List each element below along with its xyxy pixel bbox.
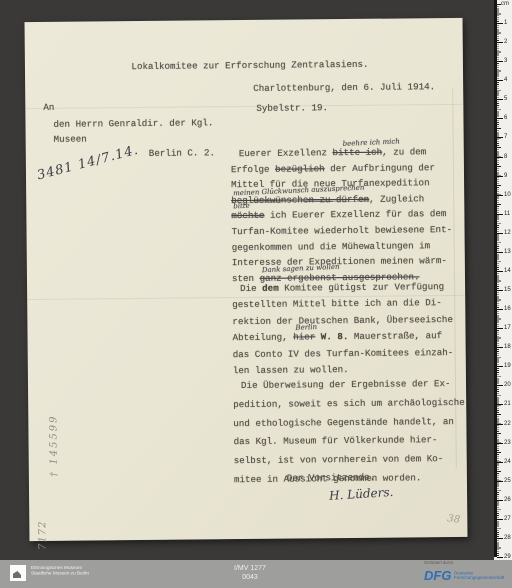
- ruler-unit-label: cm: [501, 1, 509, 7]
- struck-text: bezüglich: [275, 163, 325, 174]
- typed-line: Die Überweisung der Ergebnisse der Ex-: [233, 375, 473, 396]
- pencil-inventory-number: † 145599: [48, 414, 60, 476]
- ruler-cm-label: 12: [504, 230, 512, 236]
- typed-line: pedition, soweit es sich um archäologisc…: [233, 394, 473, 415]
- ruler-cm-tick: [497, 80, 504, 81]
- ruler-cm-label: 23: [504, 440, 512, 446]
- ruler-cm-tick: [497, 557, 504, 558]
- ruler-cm-label: 27: [504, 516, 512, 522]
- ruler-cm-tick: [497, 233, 504, 234]
- typed-text: len lassen zu wollen.: [233, 364, 349, 376]
- ruler-cm-tick: [497, 443, 504, 444]
- typed-text: , Zugleich: [369, 193, 424, 205]
- ruler-cm-label: 20: [504, 382, 512, 388]
- ruler-cm-tick: [497, 271, 504, 272]
- ruler-cm-tick: [497, 500, 504, 501]
- ruler-cm-tick: [497, 424, 504, 425]
- ruler-cm-label: 8: [504, 154, 512, 160]
- handwritten-insertion: bitte: [233, 202, 250, 211]
- ruler-cm-label: 14: [504, 268, 512, 274]
- ruler-cm-label: 26: [504, 497, 512, 503]
- pencil-inventory-number: 7172: [37, 520, 48, 550]
- ruler-cm-tick: [497, 538, 504, 539]
- ruler-cm-tick: [497, 61, 504, 62]
- body-paragraph-2: Die dem Komitee gütigst zur Verfügungges…: [232, 279, 473, 380]
- body-paragraph-1: Euerer Exzellenz bitte ichbeehre ich mic…: [231, 144, 472, 287]
- typed-line: Turfan-Komitee wiederholt bewiesene Ent-: [231, 222, 471, 240]
- ruler-cm-tick: [497, 176, 504, 177]
- ruler: cm 1234567891011121314151617181920212223…: [494, 0, 512, 560]
- typed-text: , zu dem: [382, 146, 426, 157]
- letterhead-committee: Lokalkomitee zur Erforschung Zentralasie…: [105, 59, 395, 73]
- smb-logo-icon: [10, 565, 26, 581]
- ruler-cm-label: 17: [504, 325, 512, 331]
- ruler-cm-label: 4: [504, 77, 512, 83]
- ruler-cm-tick: [497, 309, 504, 310]
- ruler-cm-label: 15: [504, 287, 512, 293]
- typed-text: das Kgl. Museum für Völkerkunde hier-: [234, 435, 438, 448]
- typed-text: ich Euerer Exzellenz für das dem: [264, 208, 446, 221]
- fold-line: [25, 104, 463, 110]
- ruler-cm-tick: [497, 42, 504, 43]
- handwritten-registry-number: 3481 14/7.14.: [36, 143, 141, 184]
- institution-line2: Staatliche Museen zu Berlin: [31, 571, 89, 576]
- ruler-cm-tick: [497, 23, 504, 24]
- ruler-cm-label: 28: [504, 535, 512, 541]
- typed-text: gegenkommen und die Mühewaltungen im: [232, 240, 431, 253]
- ruler-cm-tick: [497, 366, 504, 367]
- typed-text: dem: [262, 283, 279, 294]
- ruler-cm-tick: [497, 290, 504, 291]
- ruler-cm-label: 2: [504, 39, 512, 45]
- ruler-cm-label: 10: [504, 192, 512, 198]
- ruler-cm-tick: [497, 328, 504, 329]
- typed-text: Euerer Exzellenz: [239, 147, 333, 159]
- dateline: Charlottenburg, den 6. Juli 1914.: [253, 81, 435, 94]
- typed-text: Abteilung,: [233, 332, 294, 344]
- typed-text: das Conto IV des Turfan-Komitees einzah-: [233, 347, 454, 360]
- typed-text: Komitee gütigst zur Verfügung: [279, 281, 445, 294]
- ruler-cm-label: 6: [504, 115, 512, 121]
- ruler-cm-label: 24: [504, 459, 512, 465]
- shelfmark: I/MV 1277: [180, 564, 320, 573]
- ruler-cm-label: 16: [504, 306, 512, 312]
- typed-line: gestellten Mittel bitte ich an die Di-: [232, 295, 472, 314]
- ruler-cm-label: 13: [504, 249, 512, 255]
- ruler-cm-tick: [497, 99, 504, 100]
- ruler-cm-tick: [497, 481, 504, 482]
- closing-line: Der Vorsitzende.: [287, 472, 375, 484]
- typed-text: gestellten Mittel bitte ich an die Di-: [232, 298, 442, 311]
- ruler-cm-label: 7: [504, 134, 512, 140]
- dfg-logo: DFG: [424, 568, 451, 583]
- funder-name: Deutsche Forschungsgemeinschaft: [454, 571, 504, 580]
- signature-lueders: H. Lüders.: [329, 485, 394, 503]
- ruler-cm-label: 19: [504, 363, 512, 369]
- funder-name-line1: Deutsche: [454, 571, 504, 576]
- ruler-cm-tick: [497, 195, 504, 196]
- ruler-cm-label: 1: [504, 20, 512, 26]
- typed-line: Erfolge bezüglich der Aufbringung der: [231, 159, 471, 177]
- address-line: den Herrn Genraldir. der Kgl.: [53, 117, 213, 130]
- ruler-cm-label: 3: [504, 58, 512, 64]
- funder-name-line2: Forschungsgemeinschaft: [454, 576, 504, 581]
- funding-block: Gefördert durch DFG Deutsche Forschungsg…: [424, 561, 512, 583]
- institution-label: Ethnologisches Museum Staatliche Museen …: [31, 566, 89, 577]
- ruler-cm-label: 11: [504, 211, 512, 217]
- ruler-cm-label: 9: [504, 173, 512, 179]
- typed-text: der Aufbringung der: [325, 162, 435, 174]
- ruler-cm-label: 5: [504, 96, 512, 102]
- typed-text: pedition, soweit es sich um archäologisc…: [233, 397, 465, 410]
- typed-text: rektion der Deutschen Bank, Überseeische: [232, 314, 453, 327]
- ruler-cm-label: 21: [504, 401, 512, 407]
- typed-text: Mauerstraße, auf: [348, 330, 442, 342]
- typed-line: selbst, ist von vornherein von dem Ko-: [234, 450, 474, 471]
- typed-text: Die: [240, 283, 262, 294]
- ruler-cm-tick: [497, 404, 504, 405]
- image-number: 0043: [180, 573, 320, 582]
- ruler-cm-tick: [497, 214, 504, 215]
- ruler-cm-tick: [497, 157, 504, 158]
- scan-backdrop: Lokalkomitee zur Erforschung Zentralasie…: [0, 0, 512, 588]
- address-line: Museen: [54, 134, 87, 145]
- ruler-cm-label: 18: [504, 344, 512, 350]
- typed-line: das Conto IV des Turfan-Komitees einzah-: [233, 344, 473, 363]
- letter-page: Lokalkomitee zur Erforschung Zentralasie…: [25, 18, 468, 541]
- ruler-cm-tick: [497, 137, 504, 138]
- funding-note: Gefördert durch: [424, 561, 492, 565]
- typed-text: Turfan-Komitee wiederholt bewiesene Ent-: [231, 224, 452, 237]
- typed-text: Die Überweisung der Ergebnisse der Ex-: [241, 378, 451, 391]
- typed-text: und ethologische Gegenstände handelt, an: [233, 416, 454, 429]
- footer-bar: Ethnologisches Museum Staatliche Museen …: [0, 560, 512, 588]
- typed-text: W. 8.: [321, 331, 349, 342]
- ruler-cm-tick: [497, 519, 504, 520]
- street-line: Sybelstr. 19.: [256, 102, 328, 114]
- struck-text: bitte ichbeehre ich mich: [332, 147, 382, 158]
- ruler-cm-label: 22: [504, 421, 512, 427]
- smb-logo-mark-icon: [13, 571, 21, 578]
- pencil-page-number: 38: [447, 513, 461, 526]
- shelfmark-block: I/MV 1277 0043: [180, 564, 320, 582]
- typed-text: selbst, ist von vornherein von dem Ko-: [234, 453, 444, 466]
- ruler-cm-tick: [497, 118, 504, 119]
- ruler-half-cm-ticks: [497, 4, 501, 557]
- ruler-cm-tick: [497, 385, 504, 386]
- address-line: An: [43, 102, 54, 113]
- ruler-cm-tick: [497, 462, 504, 463]
- struck-text: hierBerlin: [293, 332, 315, 343]
- typed-text: Erfolge: [231, 163, 275, 174]
- typed-line: das Kgl. Museum für Völkerkunde hier-: [233, 431, 473, 452]
- struck-text: beglückwünschen zu dürfenmeinen Glückwun…: [231, 194, 369, 206]
- ruler-cm-tick: [497, 252, 504, 253]
- city-line: Berlin C. 2.: [149, 147, 215, 159]
- struck-text: möchtebitte: [231, 210, 264, 221]
- handwritten-insertion: Berlin: [295, 323, 317, 332]
- typed-line: und ethologische Gegenstände handelt, an: [233, 412, 473, 433]
- ruler-cm-label: 25: [504, 478, 512, 484]
- ruler-cm-tick: [497, 347, 504, 348]
- typed-line: Abteilung, hierBerlin W. 8. Mauerstraße,…: [232, 328, 472, 347]
